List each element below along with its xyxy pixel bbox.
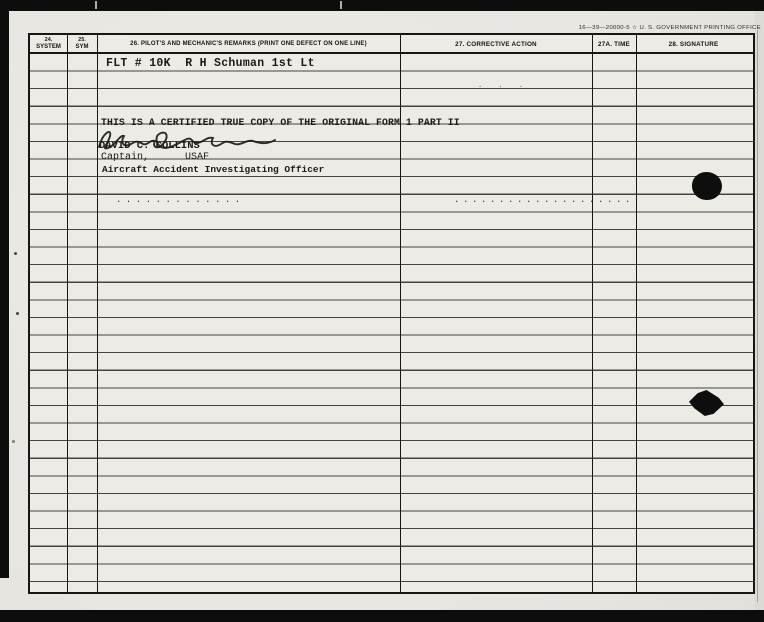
ink-speck bbox=[16, 312, 19, 315]
certifier-rank: Captain, USAF bbox=[101, 152, 209, 163]
header-system-label: SYSTEM bbox=[36, 44, 61, 52]
header-sym: 25. SYM bbox=[67, 35, 97, 54]
header-time: 27A. TIME bbox=[592, 35, 636, 54]
stray-dots: . . . bbox=[478, 82, 529, 90]
certifier-title: Aircraft Accident Investigating Officer bbox=[102, 164, 324, 175]
printing-office-imprint: 16—39—20000-5 ☆ U. S. GOVERNMENT PRINTIN… bbox=[579, 24, 761, 31]
header-system: 24. SYSTEM bbox=[30, 35, 67, 54]
scanner-left-edge bbox=[0, 10, 9, 578]
header-signature: 28. SIGNATURE bbox=[636, 35, 751, 54]
corrective-dotted-line: .................... bbox=[454, 195, 634, 205]
certifier-name: DAVID C. COLLINS bbox=[99, 140, 200, 152]
scanned-form-page: 16—39—20000-5 ☆ U. S. GOVERNMENT PRINTIN… bbox=[0, 0, 764, 622]
page-edge-line bbox=[757, 30, 758, 602]
header-sym-label: SYM bbox=[75, 44, 88, 52]
ink-speck bbox=[14, 252, 17, 255]
scanner-edge-slit bbox=[340, 1, 342, 9]
header-sym-number: 25. bbox=[78, 37, 86, 44]
scanner-top-edge bbox=[0, 0, 764, 11]
header-corrective-action: 27. CORRECTIVE ACTION bbox=[400, 35, 592, 54]
ink-speck bbox=[12, 440, 15, 443]
header-remarks: 26. PILOT'S AND MECHANIC'S REMARKS (PRIN… bbox=[97, 35, 400, 54]
column-divider bbox=[97, 35, 98, 592]
scanner-edge-slit bbox=[95, 1, 97, 9]
scanner-bottom-edge bbox=[0, 610, 764, 622]
form-table: 24. SYSTEM 25. SYM 26. PILOT'S AND MECHA… bbox=[28, 33, 755, 594]
header-system-number: 24. bbox=[45, 37, 53, 44]
column-divider bbox=[67, 35, 68, 592]
remarks-dotted-line: ............. bbox=[116, 195, 245, 205]
column-divider bbox=[592, 35, 593, 592]
table-header-row: 24. SYSTEM 25. SYM 26. PILOT'S AND MECHA… bbox=[30, 35, 753, 54]
hole-punch-mark bbox=[692, 172, 722, 200]
column-divider bbox=[636, 35, 637, 592]
flight-entry-line: FLT # 10K R H Schuman 1st Lt bbox=[106, 57, 315, 70]
